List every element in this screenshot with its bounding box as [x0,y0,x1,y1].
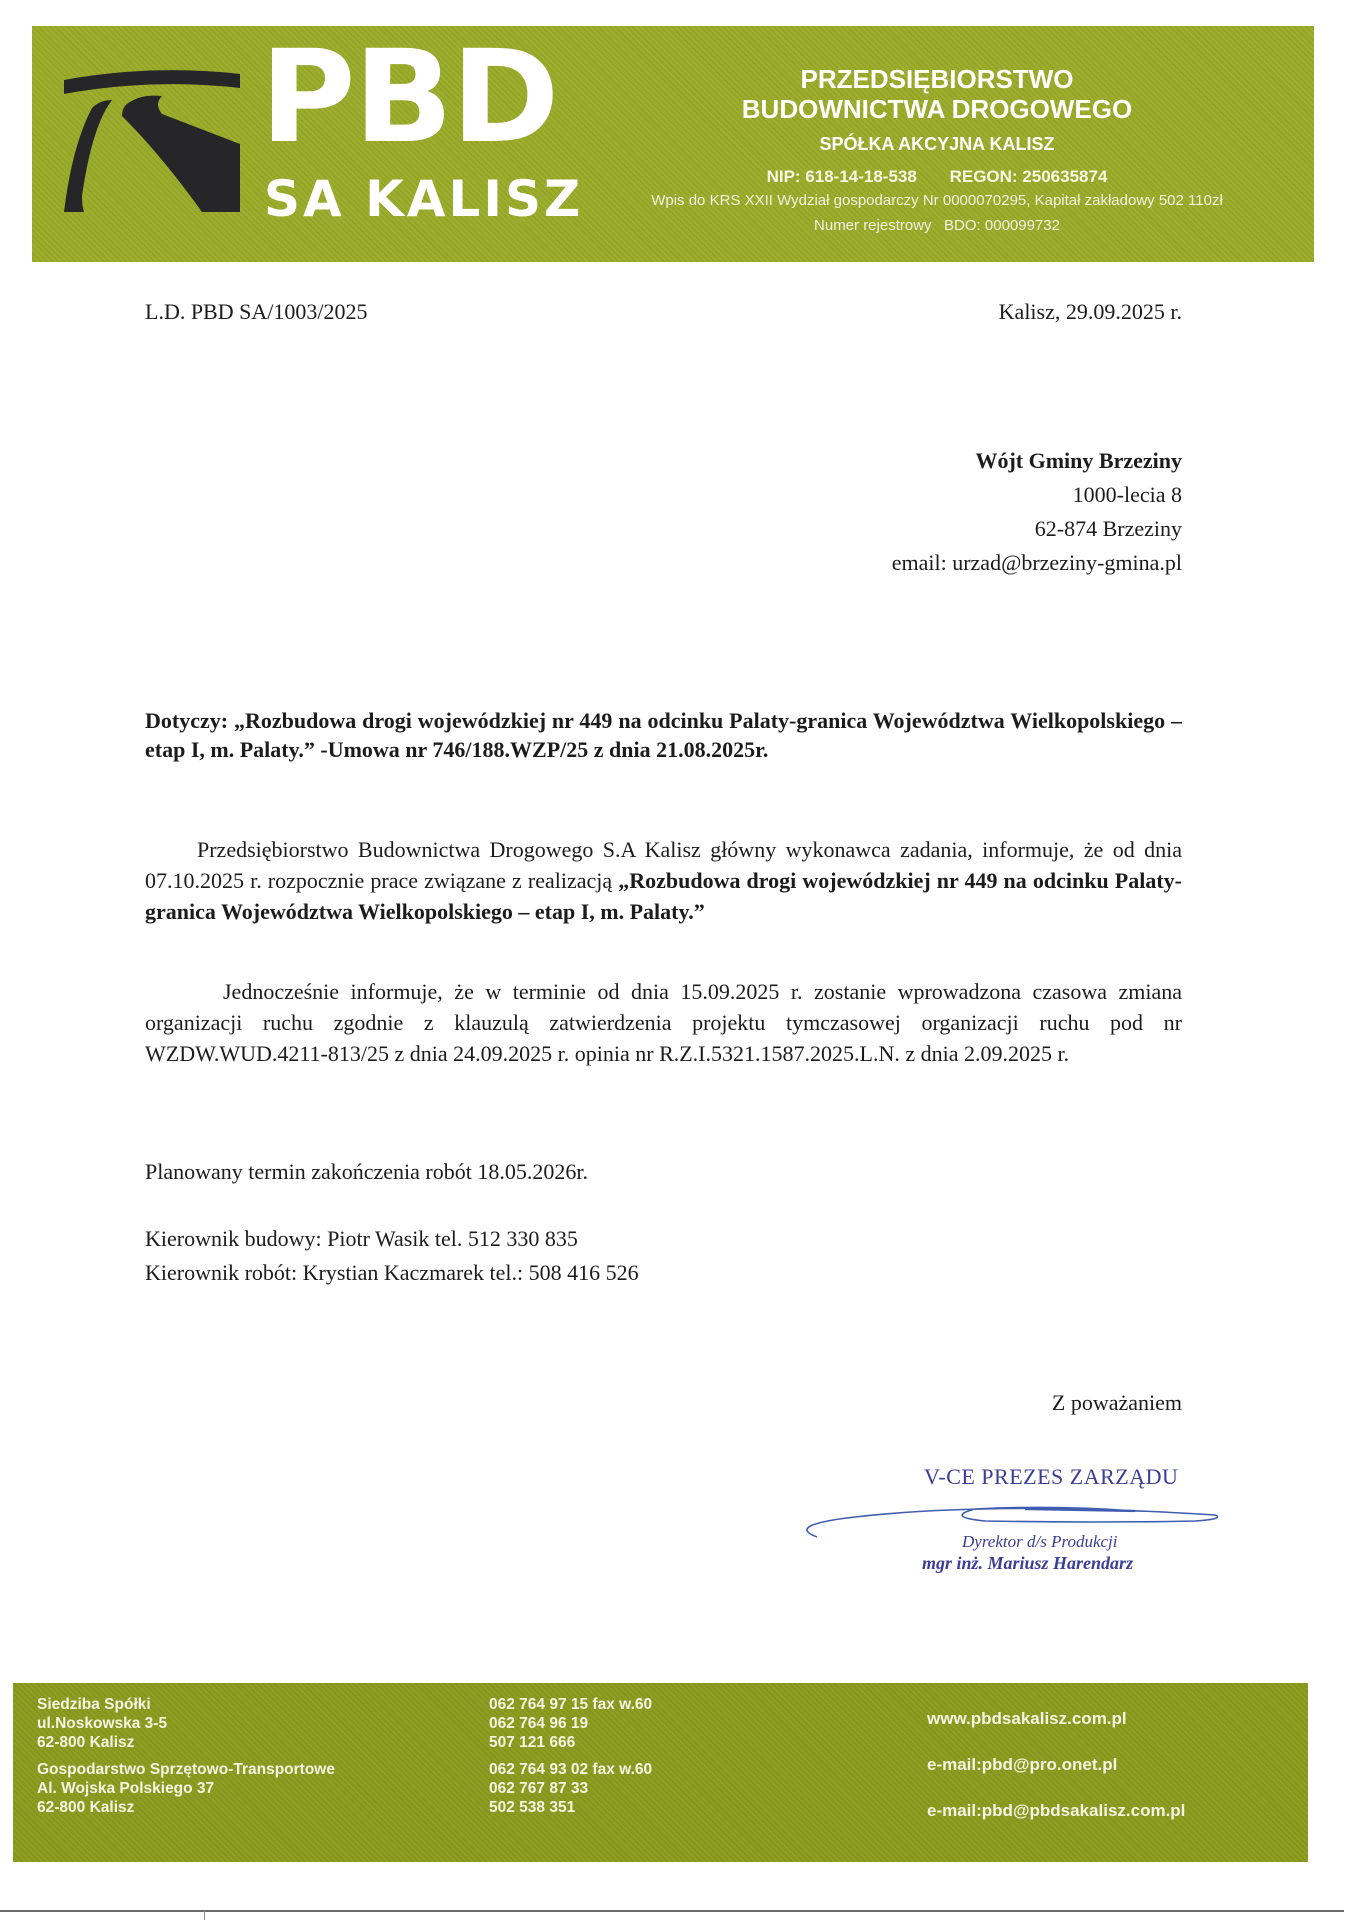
letter-date: Kalisz, 29.09.2025 r. [999,299,1182,325]
footer-transport-title: Gospodarstwo Sprzętowo-Transportowe [37,1760,335,1779]
letterhead-banner: PBD SA KALISZ PRZEDSIĘBIORSTWO BUDOWNICT… [32,26,1314,262]
letterhead-footer: Siedziba Spółki ul.Noskowska 3-5 62-800 … [13,1683,1308,1862]
addressee-email: email: urzad@brzeziny-gmina.pl [892,546,1182,580]
closing-regards: Z poważaniem [1052,1390,1182,1416]
footer-phone: 502 538 351 [489,1798,652,1817]
addressee-block: Wójt Gminy Brzeziny 1000-lecia 8 62-874 … [892,444,1182,580]
site-manager: Kierownik budowy: Piotr Wasik tel. 512 3… [145,1226,578,1252]
company-name-line2: BUDOWNICTWA DROGOWEGO [572,94,1302,124]
footer-phone: 062 764 97 15 fax w.60 [489,1695,652,1714]
footer-phone: 062 764 93 02 fax w.60 [489,1760,652,1779]
planned-completion: Planowany termin zakończenia robót 18.05… [145,1159,588,1185]
footer-website-link[interactable]: www.pbdsakalisz.com.pl [927,1709,1185,1729]
footer-transport-city: 62-800 Kalisz [37,1798,335,1817]
footer-email-link[interactable]: e-mail:pbd@pro.onet.pl [927,1755,1185,1775]
footer-transport-street: Al. Wojska Polskiego 37 [37,1779,335,1798]
footer-phones: 062 764 97 15 fax w.60 062 764 96 19 507… [489,1695,652,1817]
logo-wordmark: PBD [260,34,557,162]
addressee-street: 1000-lecia 8 [892,478,1182,512]
stamp-role: Dyrektor d/s Produkcji [962,1532,1117,1552]
tax-ids: NIP: 618-14-18-538 REGON: 250635874 [572,166,1302,188]
krs-info: Wpis do KRS XXII Wydział gospodarczy Nr … [572,190,1302,212]
footer-contacts: www.pbdsakalisz.com.pl e-mail:pbd@pro.on… [927,1709,1185,1847]
footer-seat-title: Siedziba Spółki [37,1695,335,1714]
works-manager: Kierownik robót: Krystian Kaczmarek tel.… [145,1260,639,1286]
company-info: PRZEDSIĘBIORSTWO BUDOWNICTWA DROGOWEGO S… [572,64,1302,237]
footer-phone: 507 121 666 [489,1733,652,1752]
nip: NIP: 618-14-18-538 [767,167,917,186]
regon: REGON: 250635874 [950,167,1108,186]
company-name-line3: SPÓŁKA AKCYJNA KALISZ [572,132,1302,156]
letter-subject: Dotyczy: „Rozbudowa drogi wojewódzkiej n… [145,706,1182,764]
addressee-name: Wójt Gminy Brzeziny [892,444,1182,478]
footer-seat-street: ul.Noskowska 3-5 [37,1714,335,1733]
stamp-title: V-CE PREZES ZARZĄDU [924,1464,1178,1490]
letter-reference: L.D. PBD SA/1003/2025 [145,299,367,325]
paragraph-start-of-works: Przedsiębiorstwo Budownictwa Drogowego S… [145,834,1182,927]
company-name-line1: PRZEDSIĘBIORSTWO [572,64,1302,94]
addressee-city: 62-874 Brzeziny [892,512,1182,546]
logo-subtitle: SA KALISZ [264,174,583,224]
footer-phone: 062 764 96 19 [489,1714,652,1733]
paragraph2-text: Jednocześnie informuje, że w terminie od… [145,979,1182,1066]
footer-seat-city: 62-800 Kalisz [37,1733,335,1752]
stamp-name: mgr inż. Mariusz Harendarz [922,1553,1133,1574]
bdo-info: Numer rejestrowy BDO: 000099732 [572,215,1302,237]
page-edge-tick [204,1911,205,1920]
road-logo-icon [62,66,242,216]
paragraph-traffic-change: Jednocześnie informuje, że w terminie od… [145,976,1182,1069]
footer-email-link[interactable]: e-mail:pbd@pbdsakalisz.com.pl [927,1801,1185,1821]
footer-phone: 062 767 87 33 [489,1779,652,1798]
page-edge-divider [0,1910,1344,1912]
footer-addresses: Siedziba Spółki ul.Noskowska 3-5 62-800 … [37,1695,335,1817]
